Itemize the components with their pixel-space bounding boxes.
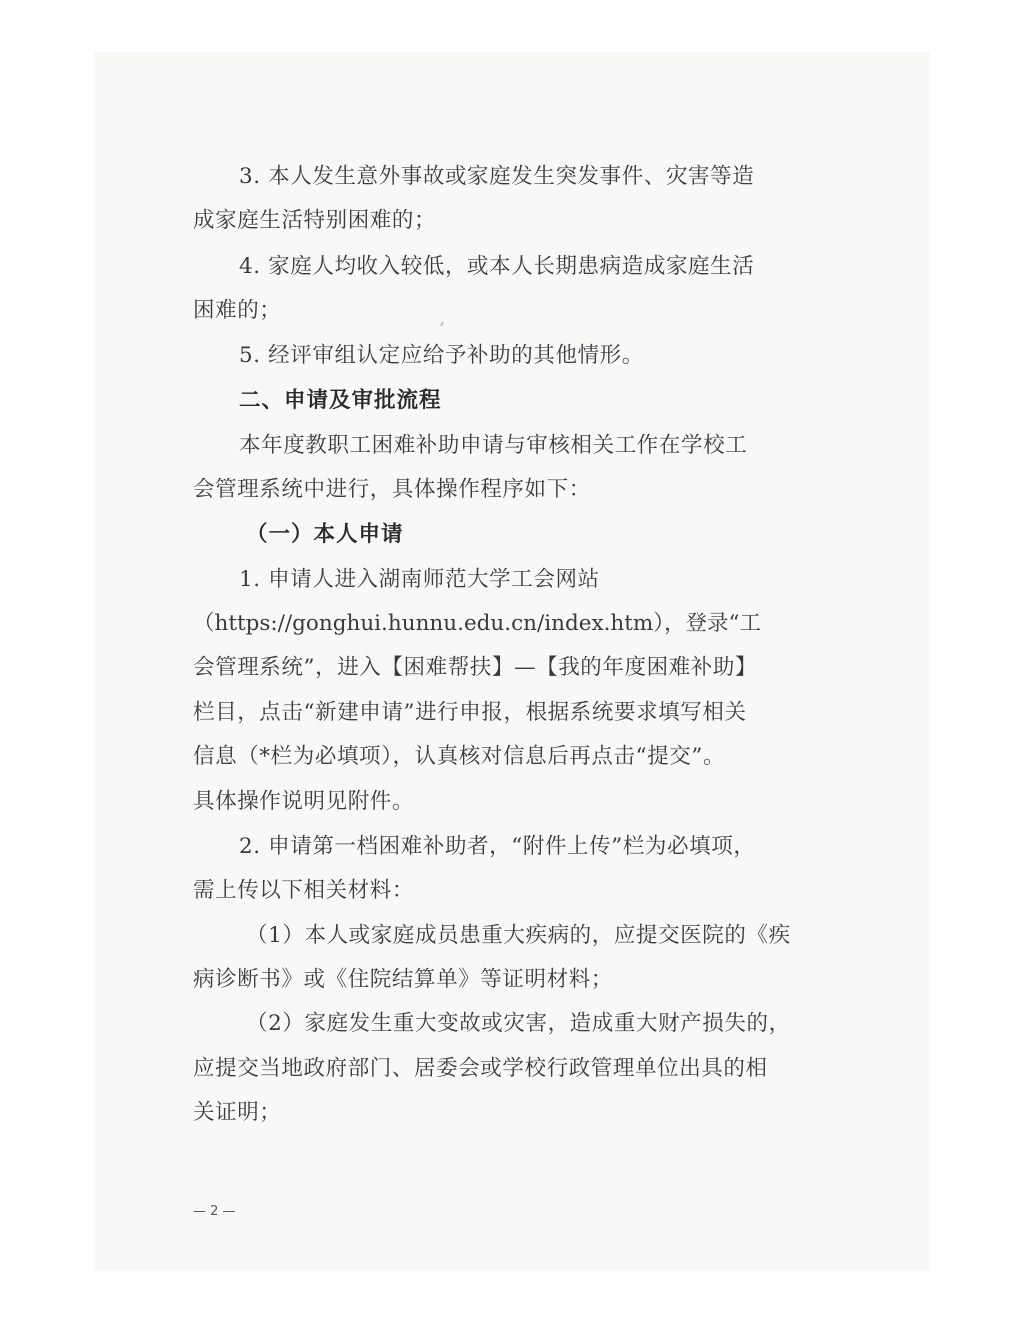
step-1-line-1: 1. 申请人进入湖南师范大学工会网站 xyxy=(239,565,859,595)
paragraph-intro-line-2: 会管理系统中进行，具体操作程序如下： xyxy=(193,475,813,505)
section-heading-2: 二、申请及审批流程 xyxy=(239,386,859,416)
subsection-heading-1: （一）本人申请 xyxy=(246,520,866,550)
material-1-line-2: 病诊断书》或《住院结算单》等证明材料； xyxy=(193,965,813,995)
step-1-line-6: 具体操作说明见附件。 xyxy=(193,787,813,817)
step-1-url-line: （https://gonghui.hunnu.edu.cn/index.htm）… xyxy=(193,609,813,639)
material-1-line-1: （1）本人或家庭成员患重大疾病的，应提交医院的《疾 xyxy=(246,921,866,951)
list-item-4-line-1: 4. 家庭人均收入较低，或本人长期患病造成家庭生活 xyxy=(239,252,859,282)
list-item-5: 5. 经评审组认定应给予补助的其他情形。 xyxy=(239,341,859,371)
step-2-line-2: 需上传以下相关材料： xyxy=(193,876,813,906)
step-1-line-4: 栏目，点击“新建申请”进行申报，根据系统要求填写相关 xyxy=(193,698,813,728)
page-number: — 2 — xyxy=(193,1204,236,1219)
list-item-3-line-2: 成家庭生活特别困难的； xyxy=(193,206,813,236)
material-2-line-3: 关证明； xyxy=(193,1098,813,1128)
step-1-line-5: 信息（*栏为必填项），认真核对信息后再点击“提交”。 xyxy=(193,742,813,772)
step-2-line-1: 2. 申请第一档困难补助者，“附件上传”栏为必填项， xyxy=(239,832,859,862)
material-2-line-2: 应提交当地政府部门、居委会或学校行政管理单位出具的相 xyxy=(193,1054,813,1084)
paragraph-intro-line-1: 本年度教职工困难补助申请与审核相关工作在学校工 xyxy=(239,431,859,461)
step-1-line-3: 会管理系统”，进入【困难帮扶】—【我的年度困难补助】 xyxy=(193,653,813,683)
list-item-4-line-2: 困难的； xyxy=(193,296,813,326)
list-item-3-line-1: 3. 本人发生意外事故或家庭发生突发事件、灾害等造 xyxy=(239,162,859,192)
material-2-line-1: （2）家庭发生重大变故或灾害，造成重大财产损失的， xyxy=(246,1009,866,1039)
